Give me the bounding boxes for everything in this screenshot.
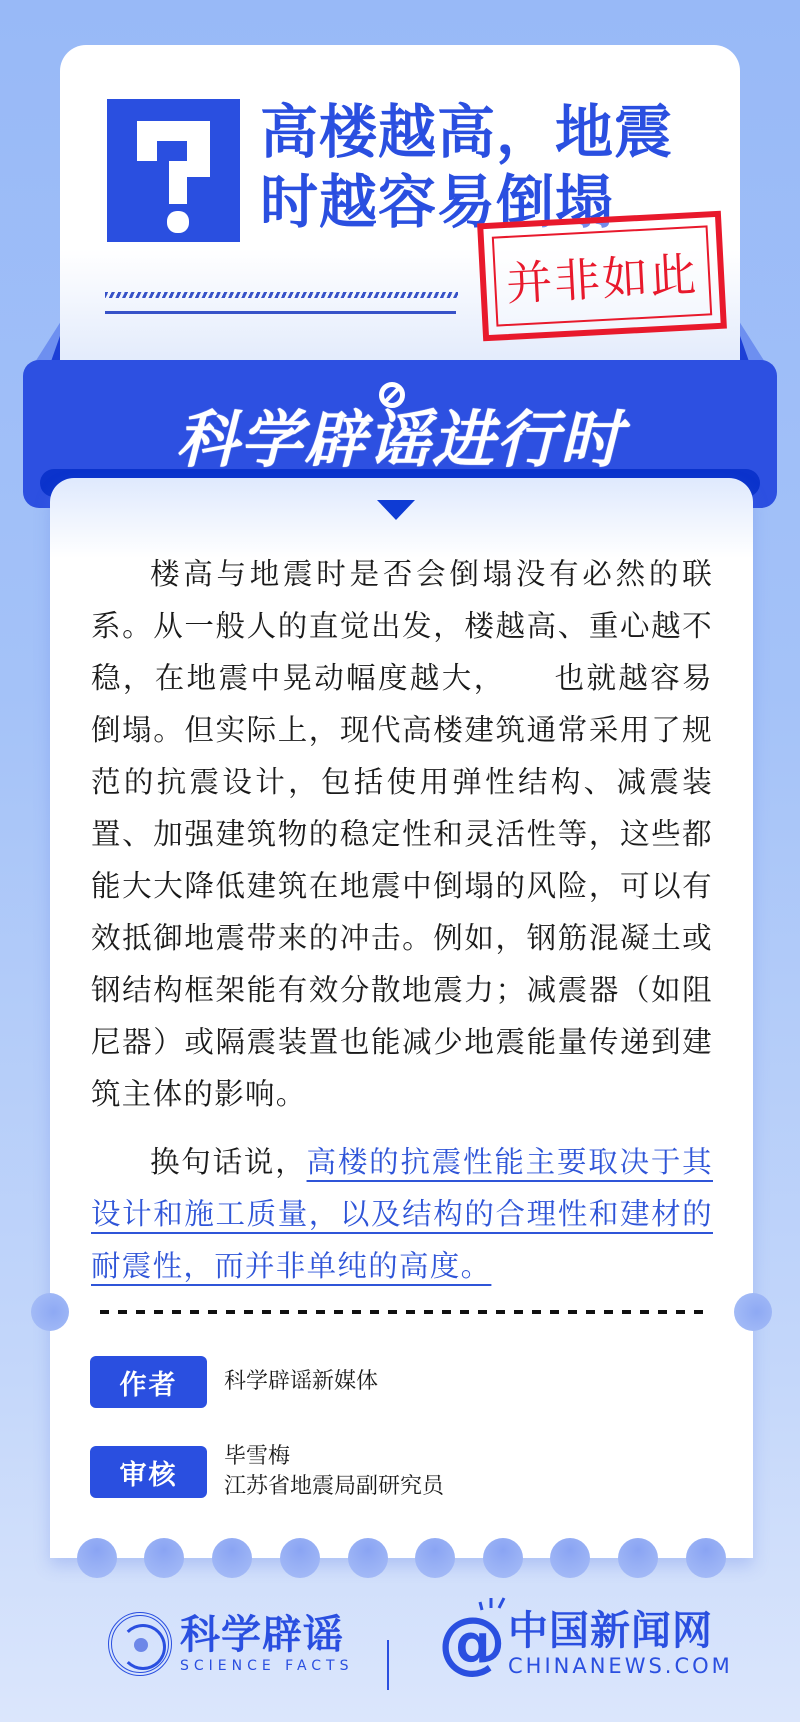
paragraph-2-lead: 换句话说，: [150, 1145, 307, 1179]
paragraph-2: 换句话说，高楼的抗震性能主要取决于其设计和施工质量，以及结构的合理性和建材的耐震…: [91, 1136, 713, 1292]
article-card: 楼高与地震时是否会倒塌没有必然的联系。从一般人的直觉出发，楼越高、重心越不稳，在…: [50, 478, 753, 1558]
question-mark-icon: [107, 99, 240, 242]
headline-card: 高楼越高，地震 时越容易倒塌 并非如此: [60, 45, 740, 385]
author-name: 科学辟谣新媒体: [224, 1367, 378, 1397]
hatched-divider: [105, 292, 458, 298]
triangle-down-icon: [377, 500, 415, 520]
verdict-stamp: 并非如此: [477, 211, 727, 342]
stamp-text: 并非如此: [492, 225, 712, 326]
headline-line-1: 高楼越高，地震: [260, 97, 720, 167]
reviewer-name: 毕雪梅: [224, 1442, 444, 1472]
logo-divider: [387, 1640, 389, 1690]
reviewer-row: 审核 毕雪梅 江苏省地震局副研究员: [90, 1442, 444, 1502]
footer-logos: 科学辟谣 SCIENCE FACTS @ 中国新闻网 CHINANEWS.COM: [0, 1600, 800, 1690]
at-sign-icon: @: [438, 1610, 504, 1676]
science-facts-emblem-icon: [108, 1612, 172, 1676]
author-row: 作者 科学辟谣新媒体: [90, 1356, 378, 1408]
science-facts-cn: 科学辟谣: [180, 1613, 354, 1657]
ticket-notch-right: [734, 1293, 772, 1331]
dashed-separator: [100, 1310, 710, 1314]
chinanews-en: CHINANEWS.COM: [508, 1654, 733, 1678]
author-badge: 作者: [90, 1356, 207, 1408]
ban-icon: [379, 382, 405, 408]
chinanews-logo: @ 中国新闻网 CHINANEWS.COM: [438, 1608, 733, 1678]
ticket-notch-left: [31, 1293, 69, 1331]
ticket-scallop-edge: [50, 1534, 753, 1558]
reviewer-badge: 审核: [90, 1446, 207, 1498]
paragraph-1: 楼高与地震时是否会倒塌没有必然的联系。从一般人的直觉出发，楼越高、重心越不稳，在…: [91, 548, 713, 1120]
solid-divider: [105, 311, 456, 314]
signal-rays-icon: [478, 1594, 508, 1612]
reviewer-title: 江苏省地震局副研究员: [224, 1472, 444, 1502]
science-facts-en: SCIENCE FACTS: [180, 1657, 354, 1675]
article-body: 楼高与地震时是否会倒塌没有必然的联系。从一般人的直觉出发，楼越高、重心越不稳，在…: [91, 548, 713, 1292]
reviewer-info: 毕雪梅 江苏省地震局副研究员: [224, 1442, 444, 1502]
science-facts-logo: 科学辟谣 SCIENCE FACTS: [108, 1612, 354, 1676]
chinanews-cn: 中国新闻网: [508, 1608, 733, 1654]
